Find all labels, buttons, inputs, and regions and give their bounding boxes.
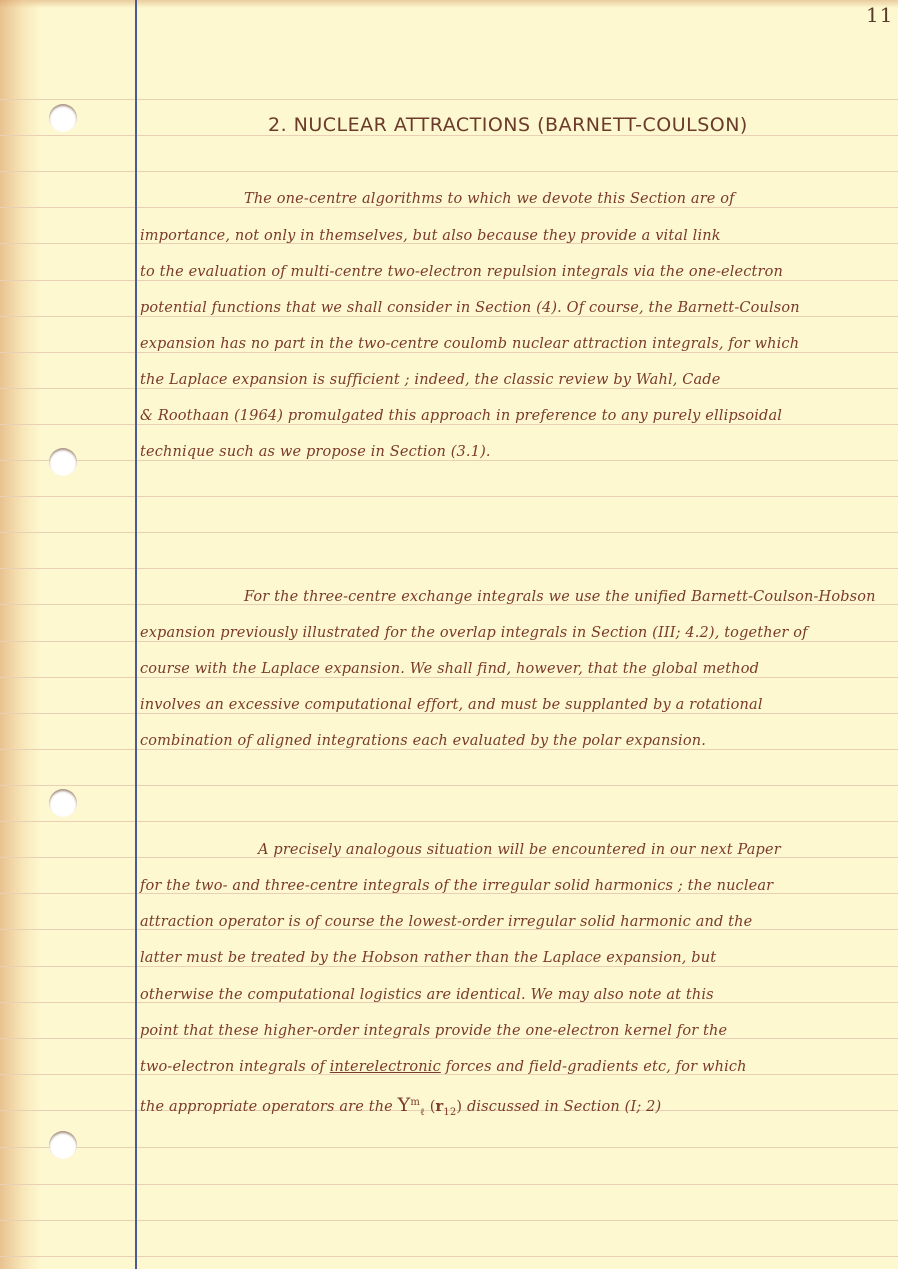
paragraph-2-line: course with the Laplace expansion. We sh… (140, 661, 892, 677)
paragraph-3-line: point that these higher-order integrals … (140, 1023, 892, 1039)
paragraph-2-line: combination of aligned integrations each… (140, 733, 892, 749)
subscript-l: ℓ (420, 1107, 425, 1118)
paragraph-1-line: potential functions that we shall consid… (140, 300, 892, 316)
text-segment: the appropriate operators are the (140, 1099, 398, 1115)
paragraph-1-line: the Laplace expansion is sufficient ; in… (140, 372, 892, 388)
paragraph-1-line: to the evaluation of multi-centre two-el… (140, 264, 892, 280)
paragraph-3-line: A precisely analogous situation will be … (258, 842, 898, 858)
harmonic-operator-symbol: Υmℓ (r12) (398, 1099, 463, 1115)
paragraph-3-line: attraction operator is of course the low… (140, 914, 892, 930)
paragraph-1-line: technique such as we propose in Section … (140, 444, 892, 460)
text-segment: forces and field-gradients etc, for whic… (441, 1059, 747, 1075)
paragraph-1-line: The one-centre algorithms to which we de… (244, 191, 894, 207)
notebook-page: 11 2. NUCLEAR ATTRACTIONS (BARNETT-COULS… (0, 0, 898, 1269)
paragraph-2-line: For the three-centre exchange integrals … (244, 589, 894, 605)
upsilon-symbol: Υ (398, 1094, 411, 1116)
underlined-word: interelectronic (330, 1059, 441, 1075)
paragraph-2-line: expansion previously illustrated for the… (140, 625, 892, 641)
paragraph-3-line: for the two- and three-centre integrals … (140, 878, 892, 894)
superscript-m: m (410, 1097, 420, 1108)
paragraph-1-line: importance, not only in themselves, but … (140, 228, 892, 244)
paragraph-3-line: otherwise the computational logistics ar… (140, 987, 892, 1003)
paragraph-3-last-line: the appropriate operators are the Υmℓ (r… (140, 1094, 892, 1118)
subscript-12: 12 (443, 1107, 456, 1118)
text-segment: two-electron integrals of (140, 1059, 330, 1075)
section-title: 2. NUCLEAR ATTRACTIONS (BARNETT-COULSON) (268, 114, 748, 136)
paragraph-1-line: & Roothaan (1964) promulgated this appro… (140, 408, 892, 424)
punch-hole (49, 1131, 77, 1159)
paragraph-3-line: latter must be treated by the Hobson rat… (140, 950, 892, 966)
punch-hole (49, 104, 77, 132)
text-segment: discussed in Section (I; 2) (462, 1099, 661, 1115)
punch-hole (49, 448, 77, 476)
paragraph-1-line: expansion has no part in the two-centre … (140, 336, 892, 352)
margin-line (135, 0, 137, 1269)
punch-hole (49, 789, 77, 817)
paragraph-3-line-underlined: two-electron integrals of interelectroni… (140, 1059, 892, 1075)
paragraph-2-line: involves an excessive computational effo… (140, 697, 892, 713)
page-number: 11 (866, 3, 893, 27)
